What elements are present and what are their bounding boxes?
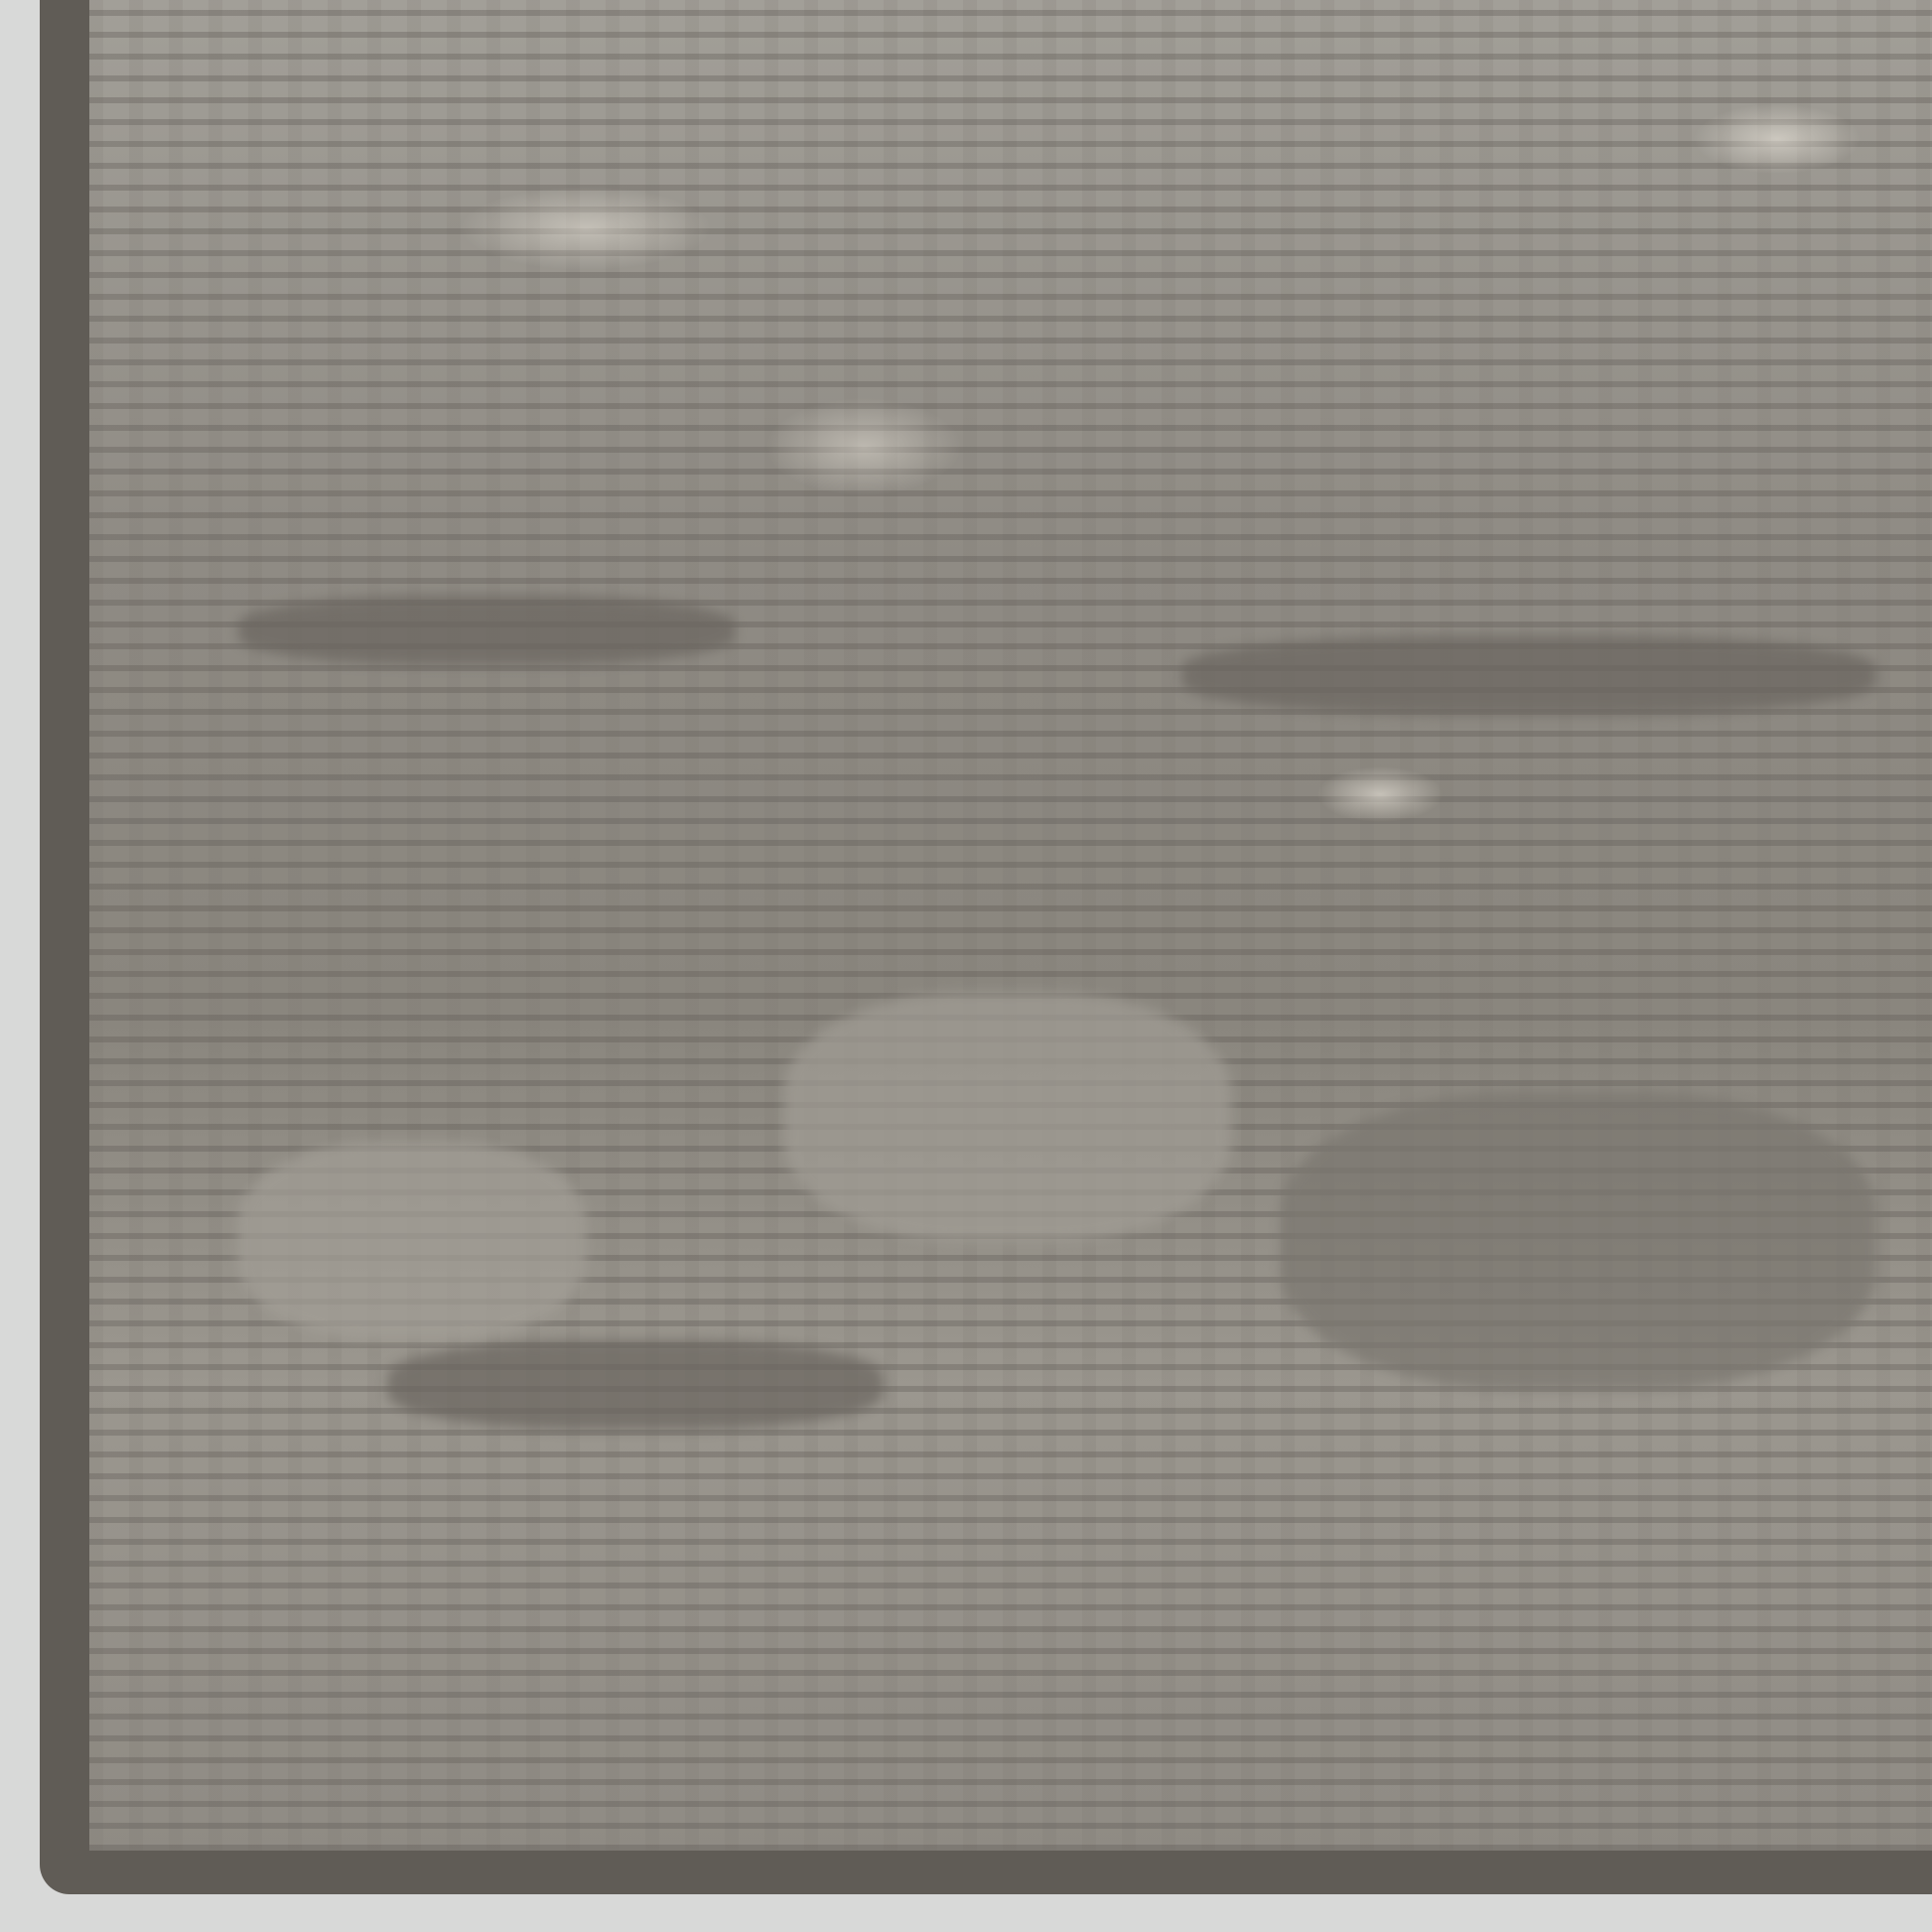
texture-patch <box>784 993 1231 1241</box>
texture-patch <box>238 1142 586 1340</box>
texture-patch <box>387 1340 884 1430</box>
rug-pile-field <box>89 0 1932 1851</box>
texture-patch <box>1281 1092 1876 1390</box>
texture-patch <box>238 596 735 665</box>
rug-binding <box>40 0 1932 1894</box>
texture-patch <box>1181 635 1876 715</box>
